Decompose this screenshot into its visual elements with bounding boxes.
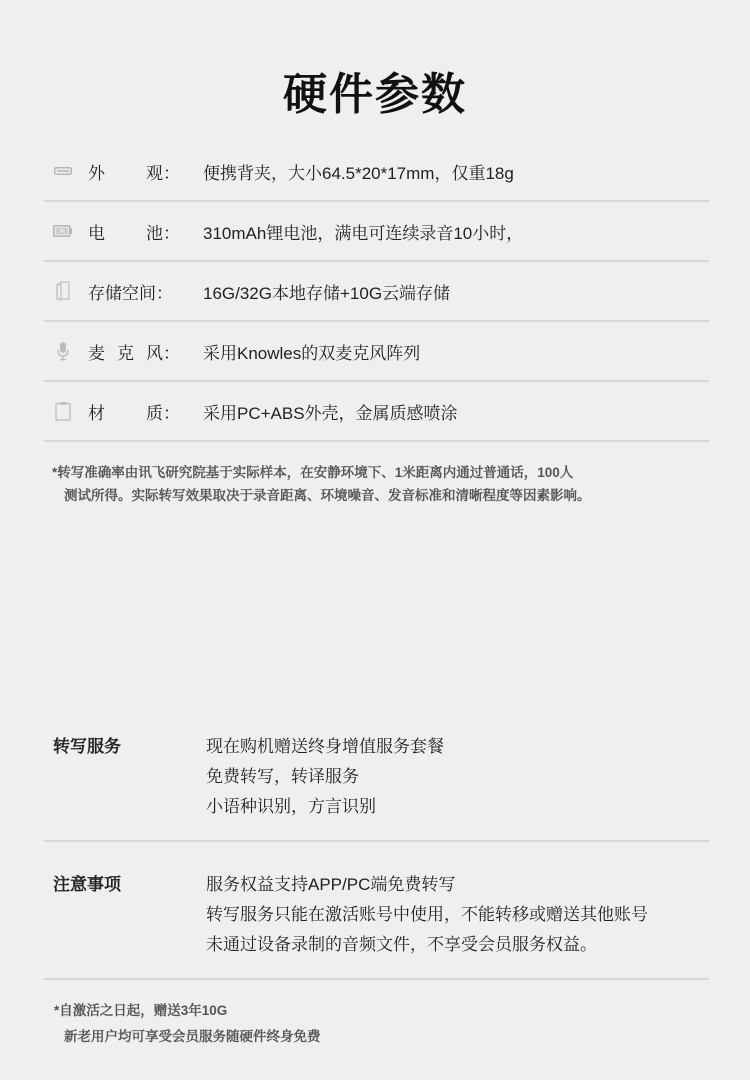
spec-value: 16G/32G本地存储+10G云端存储	[203, 279, 450, 304]
section-line: 转写服务只能在激活账号中使用，不能转移或赠送其他账号	[206, 900, 648, 930]
spec-row-storage: 存储空间： 16G/32G本地存储+10G云端存储	[44, 262, 709, 322]
notice-section: 注意事项 服务权益支持APP/PC端免费转写 转写服务只能在激活账号中使用，不能…	[44, 870, 709, 980]
spec-label: 外观：	[88, 159, 180, 184]
section-heading: 转写服务	[53, 732, 121, 757]
section-lines: 服务权益支持APP/PC端免费转写 转写服务只能在激活账号中使用，不能转移或赠送…	[206, 870, 648, 960]
section-lines: 现在购机赠送终身增值服务套餐 免费转写，转译服务 小语种识别，方言识别	[206, 732, 444, 822]
section-heading: 注意事项	[53, 870, 121, 895]
microphone-icon	[52, 340, 74, 362]
footnote-line: 测试所得。实际转写效果取决于录音距离、环境噪音、发音标准和清晰程度等因素影响。	[52, 484, 712, 507]
page-title: 硬件参数	[0, 58, 750, 122]
spec-label: 存储空间：	[88, 279, 180, 304]
section-line: 现在购机赠送终身增值服务套餐	[206, 732, 444, 762]
device-bar-icon	[52, 160, 74, 182]
spec-value: 采用Knowles的双麦克风阵列	[203, 339, 420, 364]
spec-row-material: 材质： 采用PC+ABS外壳，金属质感喷涂	[44, 382, 709, 442]
spec-row-battery: 电池： 310mAh锂电池，满电可连续录音10小时，	[44, 202, 709, 262]
accuracy-footnote: *转写准确率由讯飞研究院基于实际样本，在安静环境下、1米距离内通过普通话，100…	[52, 461, 712, 507]
spec-label: 麦克风：	[88, 339, 180, 364]
footnote-line: *转写准确率由讯飞研究院基于实际样本，在安静环境下、1米距离内通过普通话，100…	[52, 465, 573, 480]
spec-value: 采用PC+ABS外壳，金属质感喷涂	[203, 399, 458, 424]
storage-card-icon	[52, 280, 74, 302]
section-line: 服务权益支持APP/PC端免费转写	[206, 870, 648, 900]
battery-icon	[52, 220, 74, 242]
spec-row-appearance: 外观： 便携背夹，大小64.5*20*17mm，仅重18g	[44, 142, 709, 202]
footnote-line: *自激活之日起，赠送3年10G	[54, 1003, 227, 1018]
spec-list: 外观： 便携背夹，大小64.5*20*17mm，仅重18g 电池： 310mAh…	[44, 142, 709, 442]
spec-row-microphone: 麦克风： 采用Knowles的双麦克风阵列	[44, 322, 709, 382]
gift-footnote: *自激活之日起，赠送3年10G 新老用户均可享受会员服务随硬件终身免费	[54, 998, 321, 1050]
footnote-line: 新老用户均可享受会员服务随硬件终身免费	[54, 1024, 321, 1050]
transcription-service-section: 转写服务 现在购机赠送终身增值服务套餐 免费转写，转译服务 小语种识别，方言识别	[44, 732, 709, 842]
clipboard-icon	[52, 400, 74, 422]
spec-value: 310mAh锂电池，满电可连续录音10小时，	[203, 219, 523, 244]
spec-value: 便携背夹，大小64.5*20*17mm，仅重18g	[203, 159, 514, 184]
section-line: 免费转写，转译服务	[206, 762, 444, 792]
section-line: 小语种识别，方言识别	[206, 792, 444, 822]
section-line: 未通过设备录制的音频文件，不享受会员服务权益。	[206, 930, 648, 960]
spec-label: 材质：	[88, 399, 180, 424]
spec-label: 电池：	[88, 219, 180, 244]
